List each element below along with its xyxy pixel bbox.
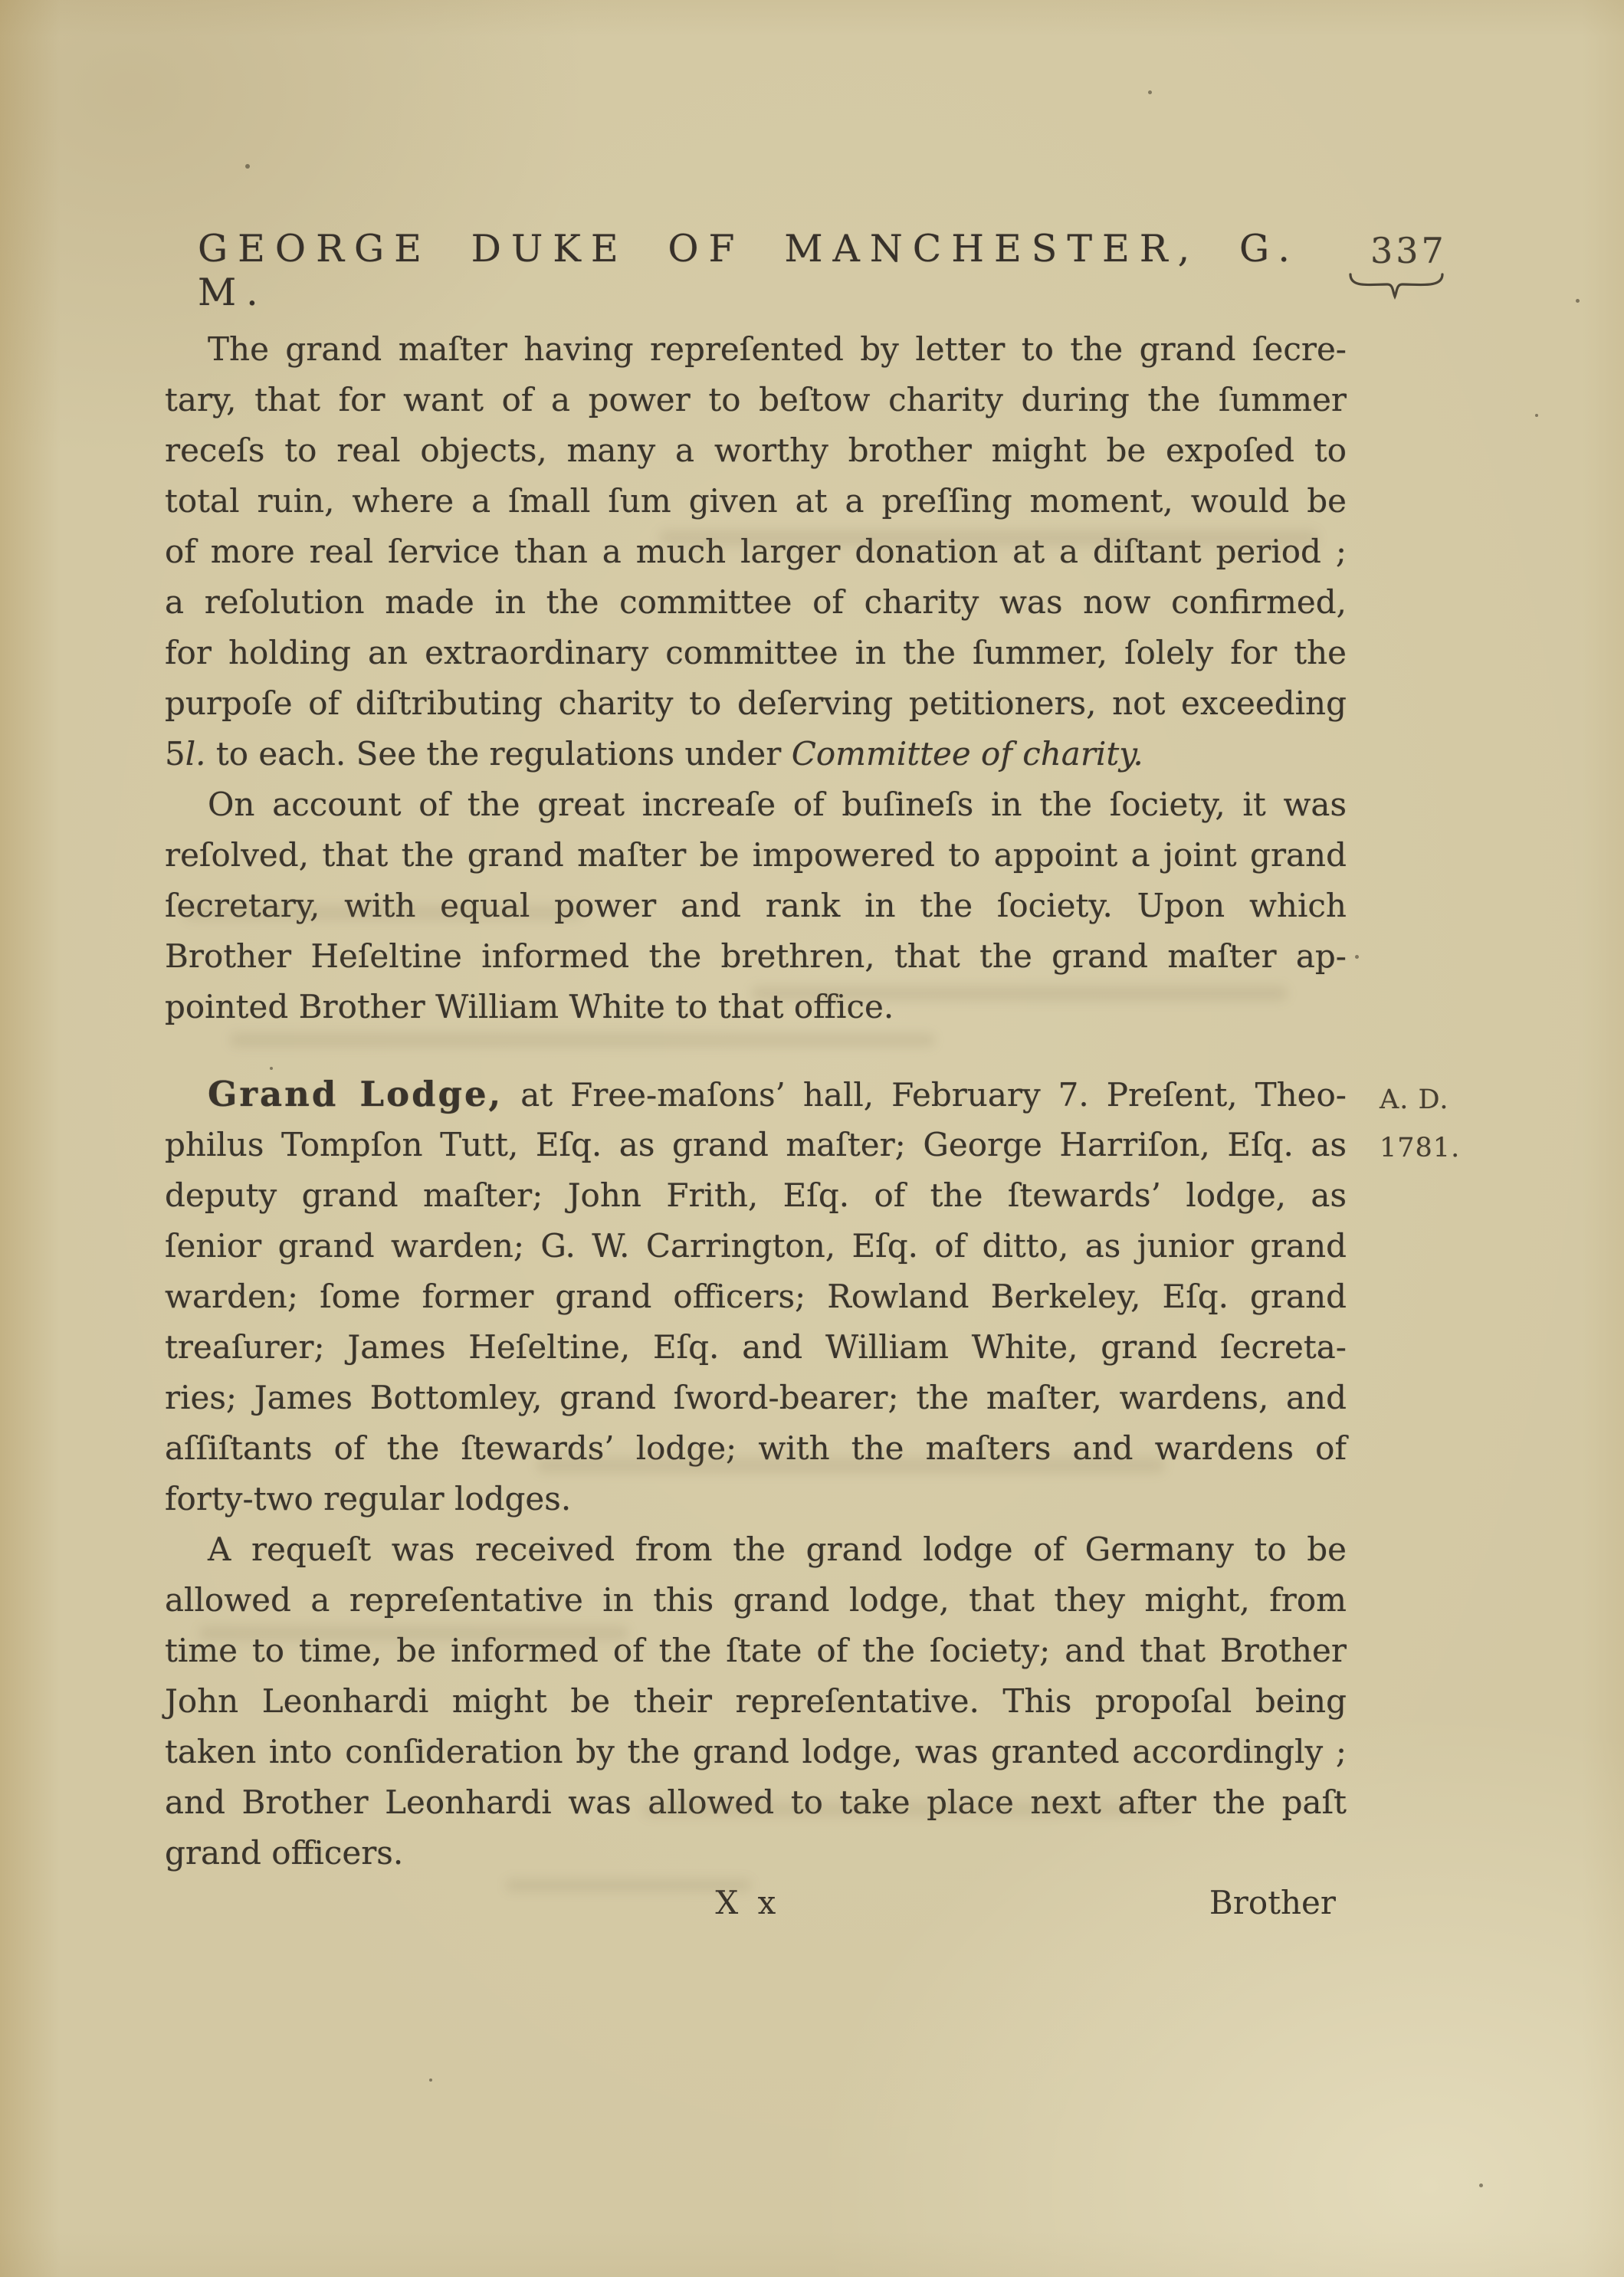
text-segment: warden; ſome former grand officers; Rowl… xyxy=(165,1278,1347,1315)
ink-speck xyxy=(1479,2183,1483,2187)
text-segment: The grand maſter having repreſented by l… xyxy=(208,330,1347,368)
text-line: Grand Lodge, at Free-maſons’ hall, Febru… xyxy=(165,1069,1347,1120)
text-line: The grand maſter having repreſented by l… xyxy=(165,324,1347,375)
text-block: The grand maſter having repreſented by l… xyxy=(165,324,1347,1878)
text-line: A requeſt was received from the grand lo… xyxy=(165,1524,1347,1575)
text-line: purpoſe of diſtributing charity to deſer… xyxy=(165,678,1347,729)
book-page-scan: GEORGE DUKE OF MANCHESTER, G. M. 337 A. … xyxy=(0,0,1624,2277)
text-line: treaſurer; James Heſeltine, Eſq. and Wil… xyxy=(165,1322,1347,1373)
text-line: 5l. to each. See the regulations under C… xyxy=(165,729,1347,779)
text-segment: forty-two regular lodges. xyxy=(165,1480,571,1517)
bleedthrough-mark xyxy=(506,1879,751,1891)
text-segment: treaſurer; James Heſeltine, Eſq. and Wil… xyxy=(165,1328,1347,1366)
bleedthrough-mark xyxy=(536,1458,1165,1473)
page-number-brace-icon xyxy=(1347,271,1445,305)
text-segment: A requeſt was received from the grand lo… xyxy=(208,1531,1347,1568)
text-segment: at Free-maſons’ hall, February 7. Preſen… xyxy=(503,1076,1347,1114)
margin-note-date: A. D. 1781. xyxy=(1380,1076,1525,1173)
text-segment: tary, that for want of a power to beſtow… xyxy=(165,381,1347,418)
text-segment: total ruin, where a ſmall ſum given at a… xyxy=(165,482,1347,520)
blackletter-heading: Grand Lodge, xyxy=(208,1074,503,1114)
text-line: warden; ſome former grand officers; Rowl… xyxy=(165,1271,1347,1322)
bleedthrough-mark xyxy=(659,530,1318,546)
text-line: deputy grand maſter; John Frith, Eſq. of… xyxy=(165,1170,1347,1221)
text-segment: 5 xyxy=(165,735,185,773)
text-line: forty-two regular lodges. xyxy=(165,1474,1347,1524)
text-segment: purpoſe of diſtributing charity to deſer… xyxy=(165,684,1347,722)
text-line: a reſolution made in the committee of ch… xyxy=(165,577,1347,628)
text-line: Brother Heſeltine informed the brethren,… xyxy=(165,931,1347,982)
text-segment: reſolved, that the grand maſter be impow… xyxy=(165,836,1347,874)
text-segment: philus Tompſon Tutt, Eſq. as grand maſte… xyxy=(165,1126,1347,1163)
text-line: philus Tompſon Tutt, Eſq. as grand maſte… xyxy=(165,1120,1347,1170)
ink-speck xyxy=(245,164,250,169)
text-segment: ries; James Bottomley, grand ſword-beare… xyxy=(165,1379,1347,1416)
text-segment: grand officers. xyxy=(165,1834,403,1872)
text-segment: a reſolution made in the committee of ch… xyxy=(165,583,1347,621)
ink-speck xyxy=(429,2079,432,2082)
text-segment: ſenior grand warden; G. W. Carrington, E… xyxy=(165,1227,1347,1265)
signature-row: X x Brother xyxy=(165,1884,1347,1939)
paragraph: The grand maſter having repreſented by l… xyxy=(165,324,1347,779)
text-segment: for holding an extraordinary committee i… xyxy=(165,634,1347,671)
paragraph: A requeſt was received from the grand lo… xyxy=(165,1524,1347,1878)
text-segment: John Leonhardi might be their repreſenta… xyxy=(165,1682,1347,1720)
text-line: reſolved, that the grand maſter be impow… xyxy=(165,830,1347,881)
text-line: grand officers. xyxy=(165,1828,1347,1878)
text-segment: to each. See the regulations under xyxy=(206,735,792,773)
ink-speck xyxy=(1355,955,1359,959)
text-line: ries; James Bottomley, grand ſword-beare… xyxy=(165,1373,1347,1423)
text-segment: l. xyxy=(185,735,206,773)
margin-note-line1: A. D. xyxy=(1380,1076,1525,1124)
bleedthrough-mark xyxy=(199,1626,628,1640)
ink-speck xyxy=(1576,299,1580,303)
text-line: John Leonhardi might be their repreſenta… xyxy=(165,1676,1347,1727)
text-line: ſenior grand warden; G. W. Carrington, E… xyxy=(165,1221,1347,1271)
ink-speck xyxy=(1535,414,1538,417)
bleedthrough-mark xyxy=(644,1803,1180,1816)
text-line: for holding an extraordinary committee i… xyxy=(165,628,1347,678)
text-segment: On account of the great increaſe of buſi… xyxy=(208,786,1347,823)
bleedthrough-mark xyxy=(751,986,1288,1001)
text-line: tary, that for want of a power to beſtow… xyxy=(165,375,1347,425)
paragraph: Grand Lodge, at Free-maſons’ hall, Febru… xyxy=(165,1069,1347,1524)
text-segment: allowed a repreſentative in this grand l… xyxy=(165,1581,1347,1619)
text-segment: taken into conſideration by the grand lo… xyxy=(165,1733,1347,1770)
text-line: On account of the great increaſe of buſi… xyxy=(165,779,1347,830)
ink-speck xyxy=(1148,90,1152,94)
margin-note-line2: 1781. xyxy=(1380,1124,1525,1173)
bleedthrough-mark xyxy=(230,1033,935,1047)
ink-speck xyxy=(270,1067,273,1070)
bleedthrough-mark xyxy=(184,906,582,920)
text-segment: Brother Heſeltine informed the brethren,… xyxy=(165,937,1347,975)
text-line: allowed a repreſentative in this grand l… xyxy=(165,1575,1347,1626)
text-line: total ruin, where a ſmall ſum given at a… xyxy=(165,476,1347,527)
running-header: GEORGE DUKE OF MANCHESTER, G. M. xyxy=(198,227,1300,314)
text-line: receſs to real objects, many a worthy br… xyxy=(165,425,1347,476)
catchword: Brother xyxy=(1209,1884,1336,1921)
text-segment: Committee of charity. xyxy=(792,735,1143,773)
text-segment: deputy grand maſter; John Frith, Eſq. of… xyxy=(165,1176,1347,1214)
text-line: taken into conſideration by the grand lo… xyxy=(165,1727,1347,1777)
text-segment: receſs to real objects, many a worthy br… xyxy=(165,431,1347,469)
page-number: 337 xyxy=(1370,230,1447,271)
